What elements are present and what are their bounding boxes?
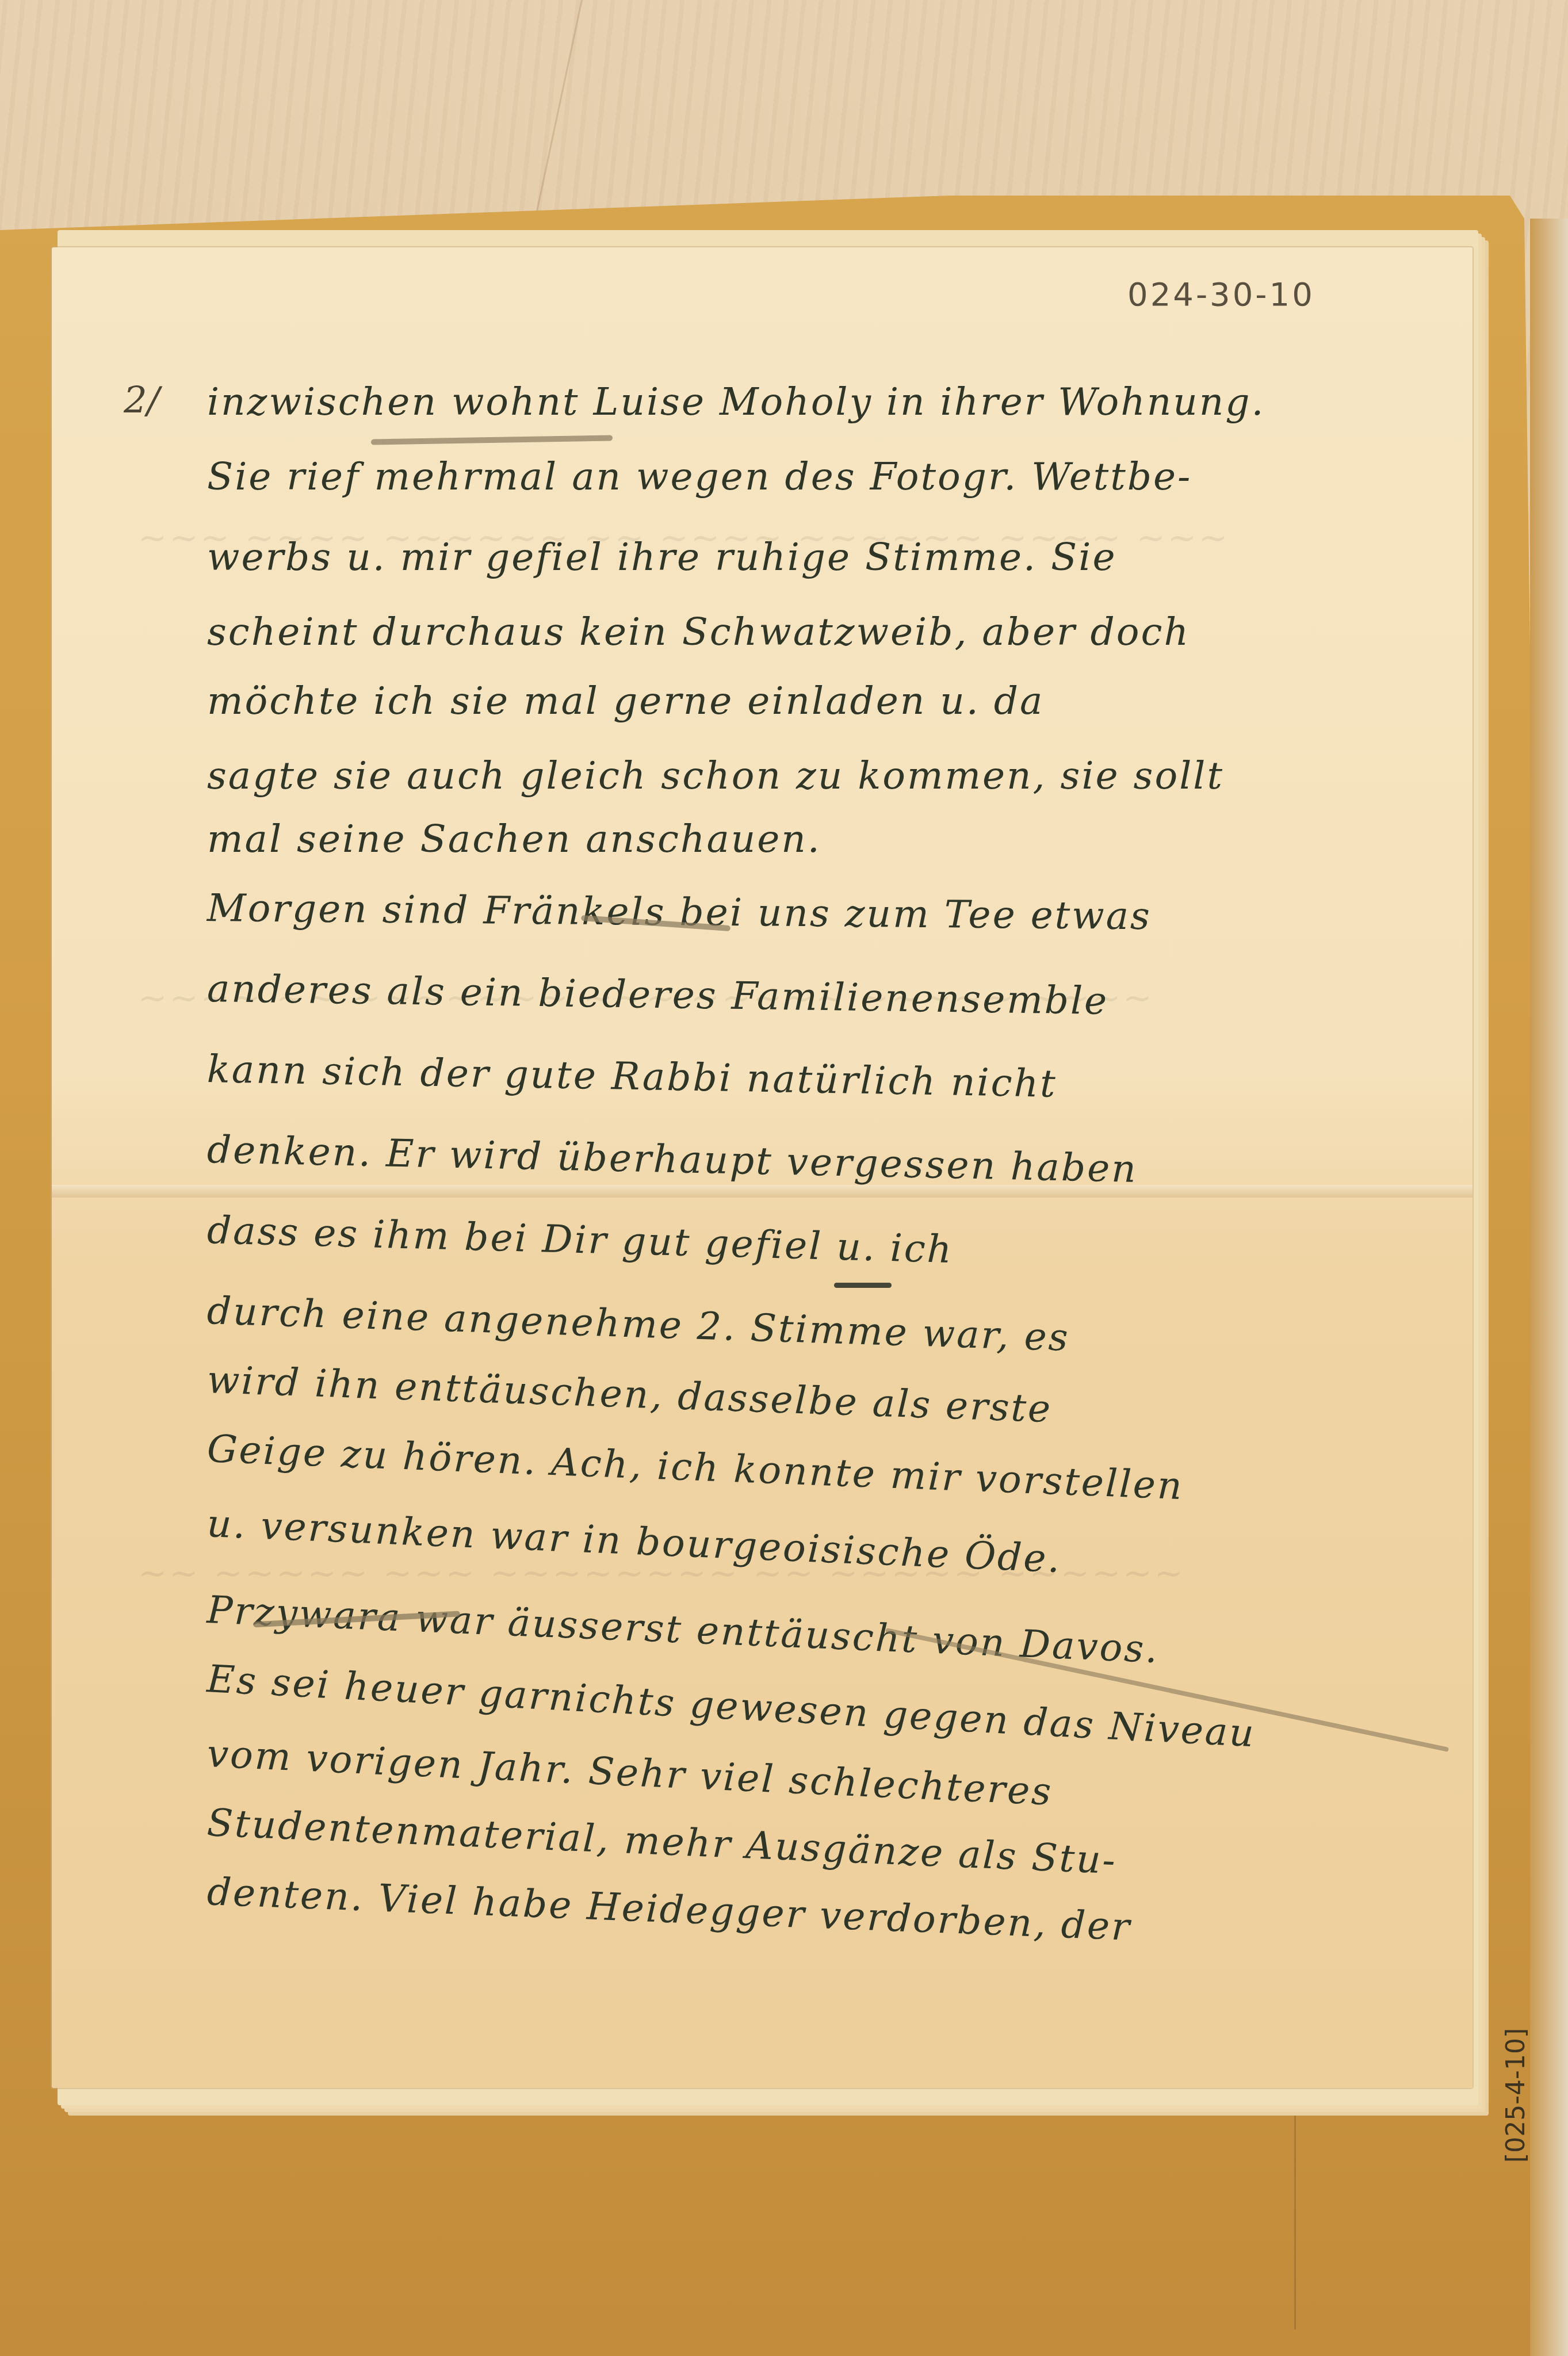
text-line: denken. Er wird überhaupt vergessen habe… <box>206 1127 1501 1199</box>
text-line: Morgen sind Fränkels bei uns zum Tee etw… <box>207 886 1502 942</box>
text-line: scheint durchaus kein Schwatzweib, aber … <box>207 610 1501 654</box>
text-line: u. versunken war in bourgeoisische Öde. <box>206 1501 1501 1600</box>
text-line: mal seine Sachen anschauen. <box>207 817 1501 861</box>
text-line: kann sich der gute Rabbi natürlich nicht <box>206 1047 1501 1114</box>
text-line: möchte ich sie mal gerne einladen u. da <box>207 679 1501 723</box>
text-line: durch eine angenehme 2. Stimme war, es <box>206 1288 1501 1374</box>
text-line: Geige zu hören. Ach, ich konnte mir vors… <box>206 1426 1501 1520</box>
text-line: dass es ihm bei Dir gut gefiel u. ich <box>206 1208 1501 1286</box>
text-line: inzwischen wohnt Luise Moholy in ihrer W… <box>207 380 1501 424</box>
handwritten-text-block: inzwischen wohnt Luise Moholy in ihrer W… <box>0 0 1568 2356</box>
text-line: werbs u. mir gefiel ihre ruhige Stimme. … <box>207 535 1501 579</box>
text-line: anderes als ein biederes Familienensembl… <box>206 966 1501 1028</box>
pencil-underline-dir <box>834 1283 892 1288</box>
text-line: Sie rief mehrmal an wegen des Fotogr. We… <box>207 454 1501 499</box>
text-line: sagte sie auch gleich schon zu kommen, s… <box>207 754 1501 798</box>
folder-archive-label: [025-4-10] <box>1501 2028 1531 2163</box>
